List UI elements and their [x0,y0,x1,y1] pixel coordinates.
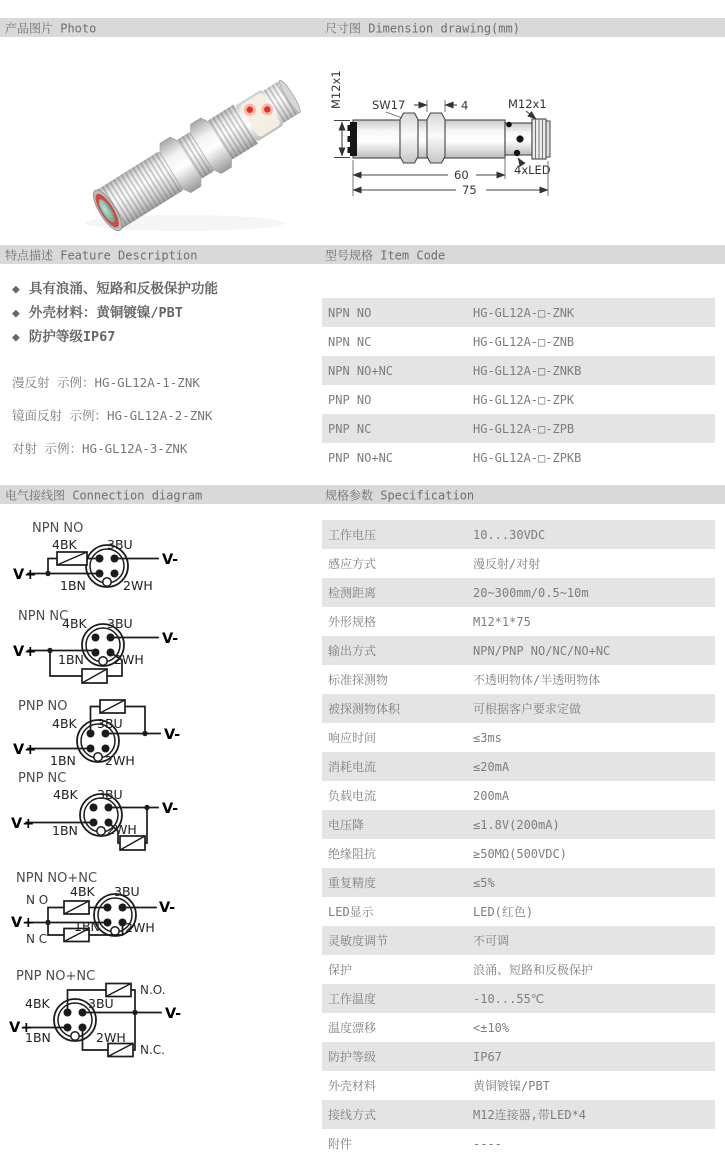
table-row: 消耗电流≤20mA [322,752,715,781]
row-label: PNP NO+NC [322,451,473,465]
row-label: 温度漂移 [322,1019,473,1036]
row-label: 消耗电流 [322,758,473,775]
vminus-label: V- [164,727,180,743]
feature-text: 具有浪涌、短路和反极保护功能 [29,281,218,297]
drawing-led-dot [506,122,512,128]
pin-label-3bu: 3BU [107,537,133,552]
row-label: 工作电压 [322,526,473,543]
pin-label-3bu: 3BU [88,996,114,1011]
nc-output-label: N C [26,932,47,946]
pin-label-3bu: 3BU [107,616,133,631]
connector-keyway [97,827,105,835]
pin-label-4bk: 4BK [53,787,79,802]
led-count-label: 4xLED [514,163,551,177]
vminus-label: V- [162,801,178,817]
vplus-label: V+ [9,1020,32,1036]
feature-text: 防护等级IP67 [29,329,116,345]
pin-label-1bn: 1BN [52,823,78,838]
row-label: 附件 [322,1135,473,1152]
pin-label-4bk: 4BK [70,884,96,899]
section-title-connection: 电气接线图 Connection diagram [5,486,202,503]
pin-label-4bk: 4BK [62,616,88,631]
connector-keyway [111,927,119,935]
table-row: 保护浪涌、短路和反极保护 [322,955,715,984]
pin-label-2wh: 2WH [114,652,144,667]
table-row: 输出方式NPN/PNP NO/NC/NO+NC [322,636,715,665]
total-length-label: 75 [462,183,477,197]
row-label: 防护等级 [322,1048,473,1065]
pin-label-4bk: 4BK [25,996,51,1011]
diamond-bullet-icon: ◆ [12,282,20,297]
pin-label-4bk: 4BK [52,716,78,731]
table-row: 重复精度≤5% [322,868,715,897]
row-label: 输出方式 [322,642,473,659]
row-value: LED(红色) [473,903,533,920]
table-row: 工作温度-10...55℃ [322,984,715,1013]
section-bar-connection: 电气接线图 Connection diagram 规格参数 Specificat… [0,485,725,504]
row-value: 浪涌、短路和反极保护 [473,961,593,978]
table-row: 接线方式M12连接器,带LED*4 [322,1100,715,1129]
wiring-diagram-npn-nc: NPN NC 4BK 3BU 1BN 2WH V+ V- [8,598,208,690]
pin-label-2wh: 2WH [123,578,153,593]
row-label: 外壳材料 [322,1077,473,1094]
table-row: NPN NO+NCHG-GL12A-□-ZNKB [322,356,715,385]
vminus-label: V- [165,1006,181,1022]
row-value: ≤1.8V(200mA) [473,818,560,832]
wrench-size-label: SW17 [372,98,405,112]
pin-label-1bn: 1BN [58,652,84,667]
pin-label-3bu: 3BU [97,716,123,731]
pin-label-2wh: 2WH [96,1030,126,1045]
drawing-led-dot [516,135,523,142]
table-row: PNP NOHG-GL12A-□-ZPK [322,385,715,414]
vplus-label: V+ [11,816,34,832]
nc-output-label: N.C. [140,1043,165,1057]
table-row: 附件---- [322,1129,715,1158]
row-value: HG-GL12A-□-ZNK [473,306,574,320]
row-label: 保护 [322,961,473,978]
vminus-label: V- [162,631,178,647]
row-value: M12连接器,带LED*4 [473,1106,586,1123]
section-title-specification: 规格参数 Specification [325,486,474,503]
diamond-bullet-icon: ◆ [12,330,20,345]
vplus-label: V+ [13,567,36,583]
section-title-photo: 产品图片 Photo [5,19,96,36]
vplus-label: V+ [13,644,36,660]
section-bar-features: 特点描述 Feature Description 型号规格 Item Code [0,245,725,264]
row-label: NPN NO [322,306,473,320]
row-label: NPN NC [322,335,473,349]
item-code-table: NPN NOHG-GL12A-□-ZNKNPN NCHG-GL12A-□-ZNB… [322,298,715,472]
row-value: <±10% [473,1021,509,1035]
row-label: 外形规格 [322,613,473,630]
drawing-nut-1 [400,113,418,163]
row-value: HG-GL12A-□-ZPB [473,422,574,436]
row-value: IP67 [473,1050,502,1064]
vplus-label: V+ [11,915,34,931]
table-row: 响应时间≤3ms [322,723,715,752]
row-value: 可根据客户要求定做 [473,700,581,717]
row-value: NPN/PNP NO/NC/NO+NC [473,644,610,658]
row-label: 标准探测物 [322,671,473,688]
dimension-drawing: M12x1 SW17 4 M12x1 4xLED 60 75 [330,62,720,204]
table-row: 检测距离20~300mm/0.5~10m [322,578,715,607]
pin-label-1bn: 1BN [60,578,86,593]
section-title-itemcode: 型号规格 Item Code [325,246,445,263]
section-bar-photo: 产品图片 Photo 尺寸图 Dimension drawing(mm) [0,18,725,37]
pin-label-2wh: 2WH [107,822,137,837]
row-label: 电压降 [322,816,473,833]
row-value: -10...55℃ [473,992,544,1006]
row-label: 响应时间 [322,729,473,746]
vminus-label: V- [159,900,175,916]
row-value: HG-GL12A-□-ZNB [473,335,574,349]
pin-label-3bu: 3BU [97,787,123,802]
wiring-diagram-pnp-no-nc: PNP NO+NC N.O. N.C. 4BK 3BU 1BN 2WH V+ V… [8,962,218,1072]
row-value: HG-GL12A-□-ZPKB [473,451,581,465]
no-output-label: N.O. [140,983,166,997]
diamond-bullet-icon: ◆ [12,306,20,321]
row-label: 感应方式 [322,555,473,572]
section-title-dimension: 尺寸图 Dimension drawing(mm) [325,19,520,36]
spec-table: 工作电压10...30VDC感应方式漫反射/对射检测距离20~300mm/0.5… [322,520,715,1158]
row-value: HG-GL12A-□-ZNKB [473,364,581,378]
drawing-lens-cap [350,122,357,156]
wiring-diagram-pnp-nc: PNP NC 4BK 3BU 1BN 2WH V+ V- [8,768,208,864]
table-row: NPN NCHG-GL12A-□-ZNB [322,327,715,356]
row-label: 重复精度 [322,874,473,891]
row-value: ≥50MΩ(500VDC) [473,847,567,861]
connector-keyway [99,657,107,665]
table-row: 负载电流200mA [322,781,715,810]
pin-label-2wh: 2WH [105,753,135,768]
row-value: ≤5% [473,876,495,890]
feature-example: 镜面反射 示例：HG-GL12A-2-ZNK [12,406,212,424]
table-row: 灵敏度调节不可调 [322,926,715,955]
row-label: 被探测物体积 [322,700,473,717]
feature-example: 漫反射 示例：HG-GL12A-1-ZNK [12,373,200,391]
wiring-diagram-npn-no-nc: NPN NO+NC N O N C 4BK 3BU 1BN 2WH V+ V- [8,862,208,960]
row-label: 绝缘阻抗 [322,845,473,862]
row-label: PNP NO [322,393,473,407]
row-label: 灵敏度调节 [322,932,473,949]
row-value: ---- [473,1137,502,1151]
diagram-title: NPN NO [32,521,83,536]
connector-keyway [103,578,111,586]
table-row: 防护等级IP67 [322,1042,715,1071]
feature-bullet: ◆防护等级IP67 [12,325,115,345]
row-value: 200mA [473,789,509,803]
table-row: 电压降≤1.8V(200mA) [322,810,715,839]
drawing-nut-2 [427,113,445,163]
row-label: NPN NO+NC [322,364,473,378]
table-row: LED显示LED(红色) [322,897,715,926]
pin-label-1bn: 1BN [50,753,76,768]
table-row: 被探测物体积可根据客户要求定做 [322,694,715,723]
row-value: 不可调 [473,932,509,949]
table-row: PNP NCHG-GL12A-□-ZPB [322,414,715,443]
connector-keyway [94,753,102,761]
row-label: 负载电流 [322,787,473,804]
row-value: 不透明物体/半透明物体 [473,671,600,688]
feature-example: 对射 示例：HG-GL12A-3-ZNK [12,439,187,457]
row-label: 检测距离 [322,584,473,601]
feature-bullet: ◆具有浪涌、短路和反极保护功能 [12,277,218,297]
table-row: 标准探测物不透明物体/半透明物体 [322,665,715,694]
diagram-title: PNP NO [18,699,68,714]
section-title-features: 特点描述 Feature Description [5,246,198,263]
pin-label-2wh: 2WH [125,920,155,935]
nut-width-label: 4 [461,99,468,113]
no-output-label: N O [26,893,48,907]
thread-size-right-label: M12x1 [508,97,547,111]
diagram-title: PNP NC [18,771,66,786]
feature-bullet: ◆外壳材料：黄铜镀镍/PBT [12,301,183,321]
wiring-diagram-npn-no: NPN NO 4BK 3BU 1BN 2WH V+ V- [8,510,208,600]
table-row: 绝缘阻抗≥50MΩ(500VDC) [322,839,715,868]
sensor-body-photo [85,70,308,237]
row-label: 工作温度 [322,990,473,1007]
table-row: PNP NO+NCHG-GL12A-□-ZPKB [322,443,715,472]
row-value: 20~300mm/0.5~10m [473,586,589,600]
body-length-label: 60 [454,168,469,182]
table-row: 外形规格M12*1*75 [322,607,715,636]
connector-keyway [71,1032,79,1040]
row-value: M12*1*75 [473,615,531,629]
vminus-label: V- [162,552,178,568]
feature-text: 外壳材料：黄铜镀镍/PBT [29,305,183,321]
vplus-label: V+ [13,742,36,758]
drawing-led-dot [514,150,520,156]
row-value: ≤3ms [473,731,502,745]
product-photo [10,55,310,237]
table-row: NPN NOHG-GL12A-□-ZNK [322,298,715,327]
row-value: 黄铜镀镍/PBT [473,1077,550,1094]
table-row: 外壳材料黄铜镀镍/PBT [322,1071,715,1100]
row-label: LED显示 [322,903,473,920]
table-row: 工作电压10...30VDC [322,520,715,549]
thread-size-left-label: M12x1 [330,70,343,109]
row-value: 10...30VDC [473,528,545,542]
pin-label-1bn: 1BN [74,919,100,934]
row-value: HG-GL12A-□-ZPK [473,393,574,407]
row-value: ≤20mA [473,760,509,774]
pin-label-3bu: 3BU [114,884,140,899]
pin-label-4bk: 4BK [52,537,78,552]
diagram-title: NPN NC [18,609,68,624]
row-label: 接线方式 [322,1106,473,1123]
diagram-title: PNP NO+NC [16,969,95,984]
table-row: 感应方式漫反射/对射 [322,549,715,578]
table-row: 温度漂移<±10% [322,1013,715,1042]
feature-list: ◆具有浪涌、短路和反极保护功能 ◆外壳材料：黄铜镀镍/PBT ◆防护等级IP67… [5,265,320,480]
row-value: 漫反射/对射 [473,555,540,572]
row-label: PNP NC [322,422,473,436]
